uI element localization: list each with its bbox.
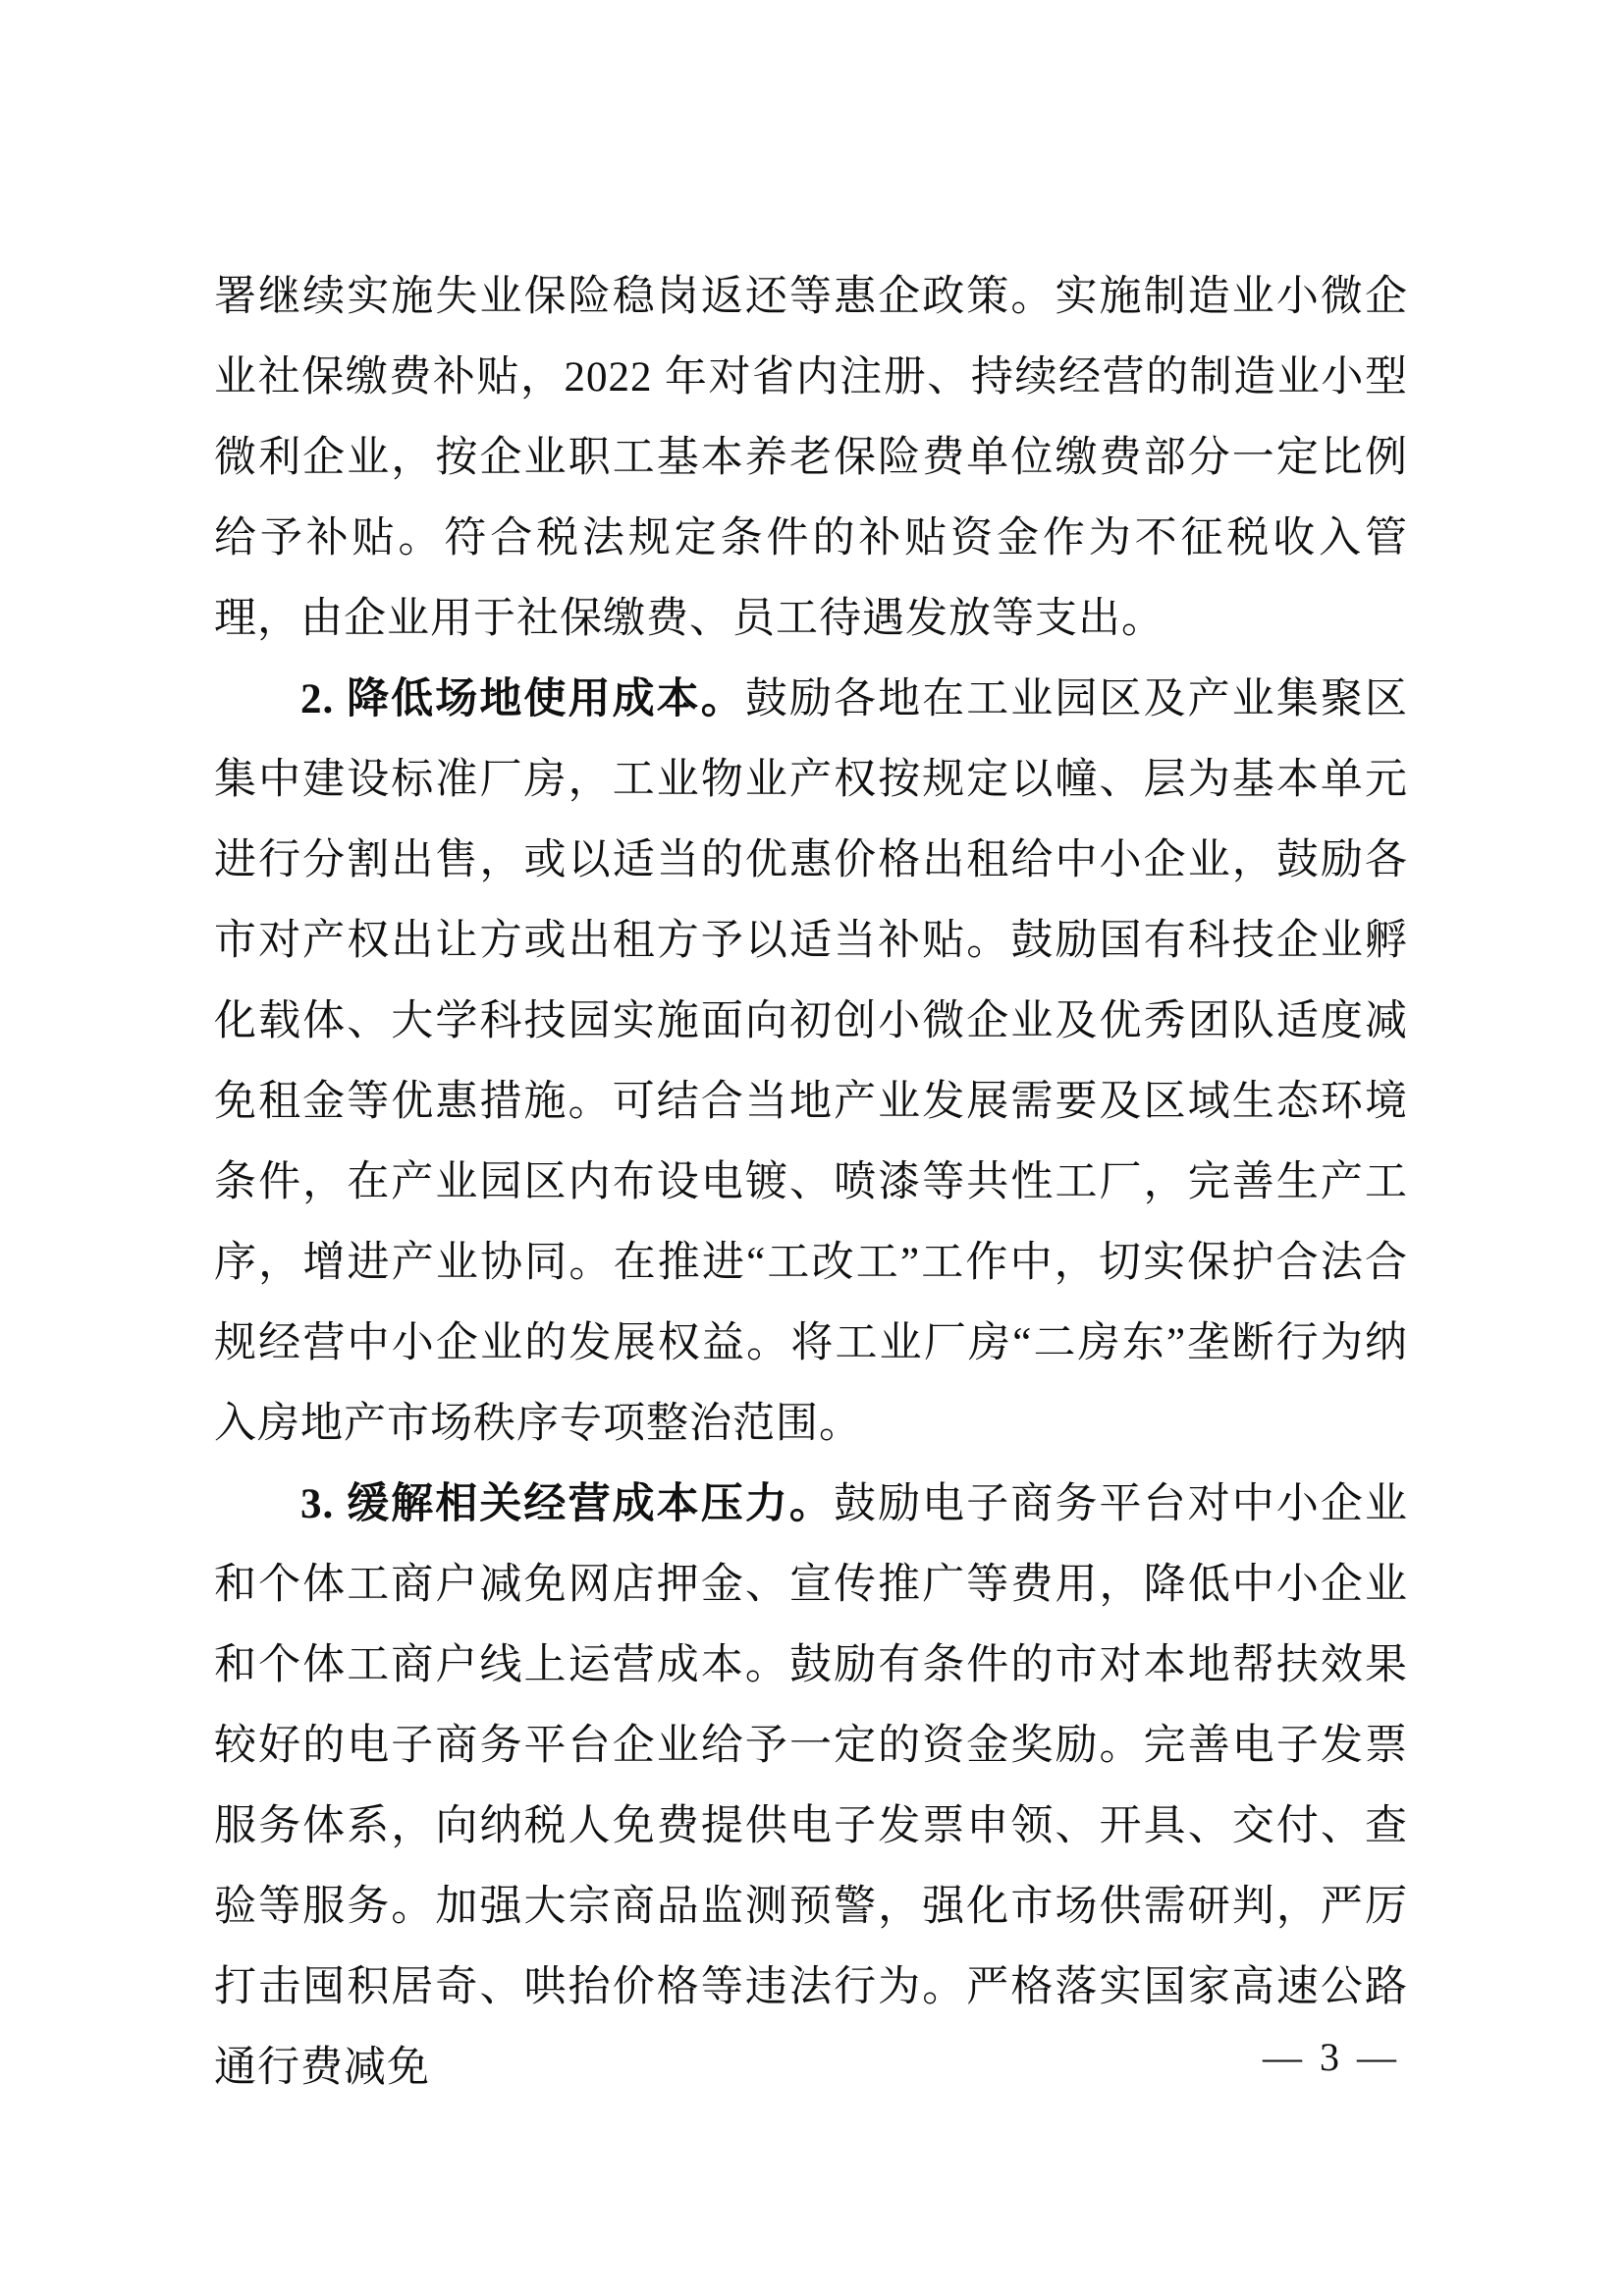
- page-number: — 3 —: [1263, 2034, 1400, 2081]
- document-page: 署继续实施失业保险稳岗返还等惠企政策。实施制造业小微企业社保缴费补贴，2022 …: [0, 0, 1624, 2296]
- paragraph-item-3-heading: 3. 缓解相关经营成本压力。: [300, 1481, 834, 1527]
- paragraph-item-2: 2. 降低场地使用成本。鼓励各地在工业园区及产业集聚区集中建设标准厂房，工业物业…: [214, 660, 1408, 1465]
- paragraph-continuation: 署继续实施失业保险稳岗返还等惠企政策。实施制造业小微企业社保缴费补贴，2022 …: [214, 257, 1408, 660]
- paragraph-text: 鼓励电子商务平台对中小企业和个体工商户减免网店押金、宣传推广等费用，降低中小企业…: [214, 1481, 1408, 2091]
- body-text: 署继续实施失业保险稳岗返还等惠企政策。实施制造业小微企业社保缴费补贴，2022 …: [214, 257, 1408, 2109]
- paragraph-text: 署继续实施失业保险稳岗返还等惠企政策。实施制造业小微企业社保缴费补贴，2022 …: [214, 274, 1408, 642]
- paragraph-item-3: 3. 缓解相关经营成本压力。鼓励电子商务平台对中小企业和个体工商户减免网店押金、…: [214, 1465, 1408, 2109]
- paragraph-text: 鼓励各地在工业园区及产业集聚区集中建设标准厂房，工业物业产权按规定以幢、层为基本…: [214, 676, 1408, 1447]
- paragraph-item-2-heading: 2. 降低场地使用成本。: [300, 676, 745, 722]
